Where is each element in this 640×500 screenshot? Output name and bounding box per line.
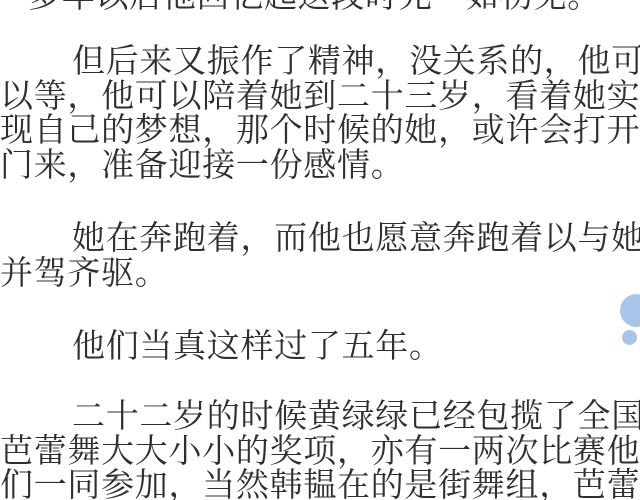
text-line: 现自己的梦想，那个时候的她，或许会打开 [0,113,640,148]
text-line: 芭蕾舞大大小小的奖项，亦有一两次比赛他 [0,434,640,469]
text-line: 们一同参加，当然韩韫在的是街舞组，芭蕾 [0,468,640,500]
text-line: 以等，他可以陪着她到二十三岁，看着她实 [0,79,640,114]
paragraph: 二十二岁的时候黄绿绿已经包揽了全国 芭蕾舞大大小小的奖项，亦有一两次比赛他 们一… [0,399,640,500]
paragraph: 他们当真这样过了五年。 [0,329,640,364]
paragraph: 但后来又振作了精神，没关系的，他可 以等，他可以陪着她到二十三岁，看着她实 现自… [0,44,640,182]
text-line: 并驾齐驱。 [0,256,640,291]
text-line: 他们当真这样过了五年。 [0,329,640,364]
paragraph-clipped-top: 多年以后他回忆起这段时光一如初见。 [0,0,640,14]
paragraph: 她在奔跑着，而他也愿意奔跑着以与她 并驾齐驱。 [0,221,640,290]
text-line: 她在奔跑着，而他也愿意奔跑着以与她 [0,221,640,256]
reader-page: 多年以后他回忆起这段时光一如初见。 但后来又振作了精神，没关系的，他可 以等，他… [0,0,640,500]
text-line: 门来，准备迎接一份感情。 [0,148,640,183]
floating-bubble-icon[interactable] [620,294,640,327]
floating-bubble-dot-icon [622,330,637,345]
text-line: 但后来又振作了精神，没关系的，他可 [0,44,640,79]
text-line: 多年以后他回忆起这段时光一如初见。 [0,0,640,14]
text-line: 二十二岁的时候黄绿绿已经包揽了全国 [0,399,640,434]
